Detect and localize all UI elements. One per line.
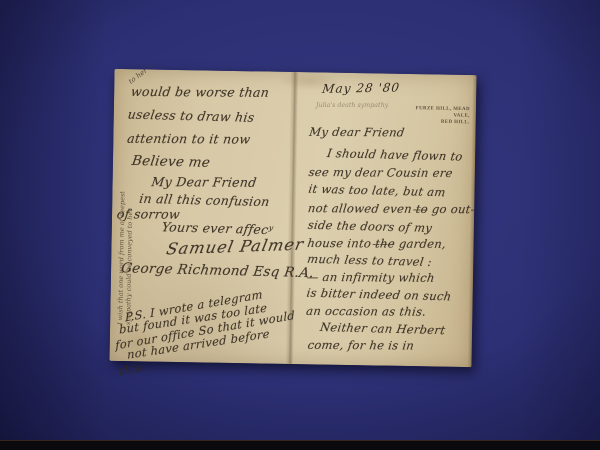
handwritten-line: Neither can Herbert (319, 320, 446, 337)
handwritten-line: Yours ever affecʸ (161, 219, 275, 237)
addressee-line: George Richmond Esq R.A. (120, 260, 315, 281)
handwritten-line: see my dear Cousin ere (308, 165, 454, 180)
handwritten-line: side the doors of my (307, 218, 433, 235)
pencil-annotation: Julia's death sympathy (316, 101, 388, 108)
table-edge (0, 440, 600, 450)
postscript-block: P.S. I wrote a telegram but found it was… (110, 281, 318, 376)
signature: Samuel Palmer (165, 235, 306, 259)
handwritten-line: attention to it now (126, 131, 251, 147)
photo-of-letter: to her — I wish that one word from me of… (0, 0, 600, 450)
letter-sheet: to her — I wish that one word from me of… (109, 69, 476, 367)
handwritten-line: — an infirmity which (306, 270, 436, 285)
handwritten-line: come, for he is in (307, 338, 415, 353)
handwritten-line: an occasion as this. (305, 304, 427, 319)
handwritten-line: I should have flown to (326, 146, 464, 164)
handwritten-line: it was too late, but am (308, 182, 447, 200)
date-line: May 28 '80 (321, 80, 400, 95)
handwritten-line: not allowed even t̶o̶ go out- (307, 201, 476, 216)
handwritten-line: would be worse than (130, 84, 270, 100)
salutation-line: My dear Friend (309, 125, 406, 140)
letterhead-line: FURZE HILL, MEAD VALE, (399, 105, 470, 119)
handwritten-line: Believe me (131, 153, 212, 171)
printed-letterhead: FURZE HILL, MEAD VALE, RED HILL. (399, 105, 470, 126)
handwritten-line: My Dear Friend (151, 174, 258, 190)
handwritten-line: house into t̶h̶e̶ garden, (307, 236, 447, 251)
letterhead-line: RED HILL. (399, 118, 470, 126)
handwritten-line: useless to draw his (127, 107, 256, 125)
handwritten-line: much less to travel : (306, 252, 433, 269)
handwritten-line: is bitter indeed on such (306, 286, 453, 304)
